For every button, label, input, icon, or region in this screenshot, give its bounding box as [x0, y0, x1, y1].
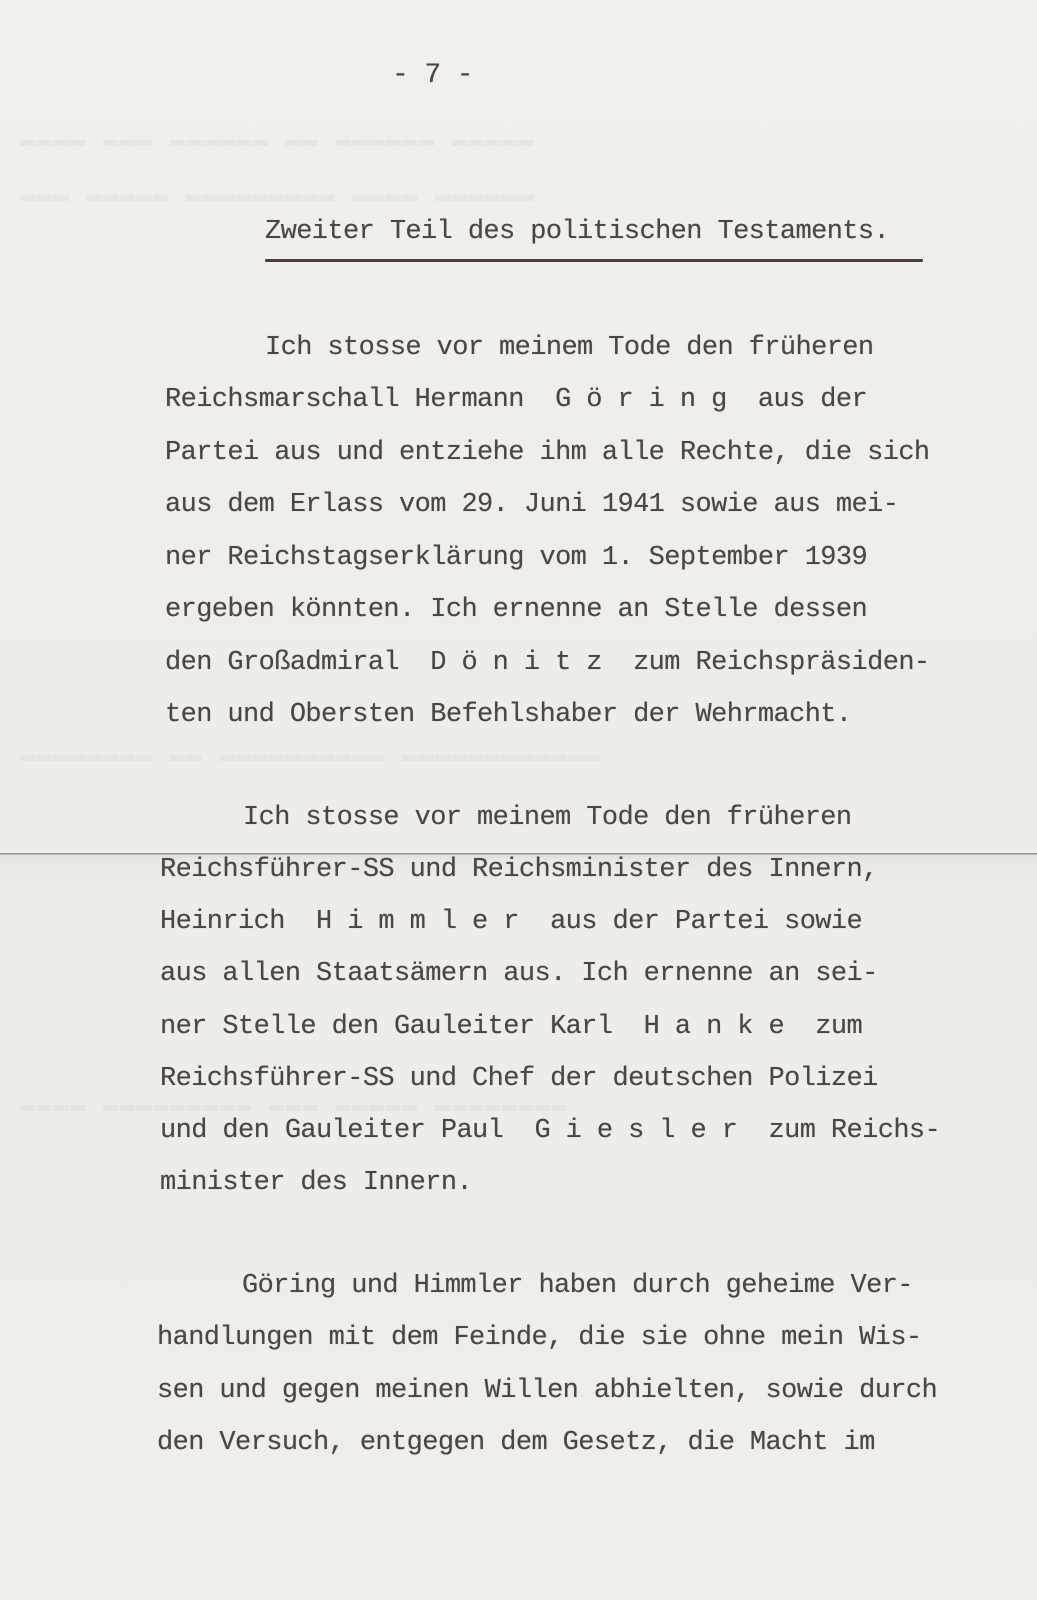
text-line: Ich stosse vor meinem Tode den früheren	[265, 333, 874, 363]
text-line: den Großadmiral D ö n i t z zum Reichspr…	[165, 648, 930, 678]
text-line: Reichsführer-SS und Chef der deutschen P…	[160, 1064, 878, 1094]
text-line: handlungen mit dem Feinde, die sie ohne …	[157, 1323, 922, 1353]
text-line: aus dem Erlass vom 29. Juni 1941 sowie a…	[165, 490, 898, 520]
text-line: sen und gegen meinen Willen abhielten, s…	[157, 1376, 937, 1406]
section-heading: Zweiter Teil des politischen Testaments.	[265, 217, 889, 247]
text-line: Heinrich H i m m l e r aus der Partei so…	[160, 907, 862, 937]
text-line: ner Stelle den Gauleiter Karl H a n k e …	[160, 1012, 862, 1042]
text-line: ergeben könnten. Ich ernenne an Stelle d…	[165, 595, 867, 625]
bleed-through-text: ▬▬▬▬ ▬▬▬ ▬▬▬▬▬▬ ▬▬ ▬▬▬▬▬▬ ▬▬▬▬▬	[20, 125, 535, 155]
text-line: Reichsführer-SS und Reichsminister des I…	[160, 855, 878, 885]
text-line: aus allen Staatsämern aus. Ich ernenne a…	[160, 959, 878, 989]
text-line: Reichsmarschall Hermann G ö r i n g aus …	[165, 385, 867, 415]
text-line: ten und Obersten Befehlshaber der Wehrma…	[165, 700, 852, 730]
bleed-through-text: ▬▬▬ ▬▬▬▬▬ ▬▬▬▬▬▬▬▬▬ ▬▬▬▬ ▬▬▬▬▬▬	[20, 180, 535, 210]
text-line: und den Gauleiter Paul G i e s l e r zum…	[160, 1116, 940, 1146]
text-line: den Versuch, entgegen dem Gesetz, die Ma…	[157, 1428, 875, 1458]
text-line: ner Reichstagserklärung vom 1. September…	[165, 543, 867, 573]
text-line: Partei aus und entziehe ihm alle Rechte,…	[165, 438, 930, 468]
text-line: Ich stosse vor meinem Tode den früheren	[243, 803, 852, 833]
text-line: minister des Innern.	[160, 1168, 472, 1198]
heading-underline	[265, 259, 923, 262]
text-line: Göring und Himmler haben durch geheime V…	[242, 1271, 913, 1301]
bleed-through-text: ▬▬▬▬▬▬▬▬ ▬▬ ▬▬▬▬▬▬▬▬▬▬ ▬▬▬▬▬▬▬▬▬▬▬▬	[20, 740, 601, 770]
page-number: - 7 -	[392, 60, 473, 91]
